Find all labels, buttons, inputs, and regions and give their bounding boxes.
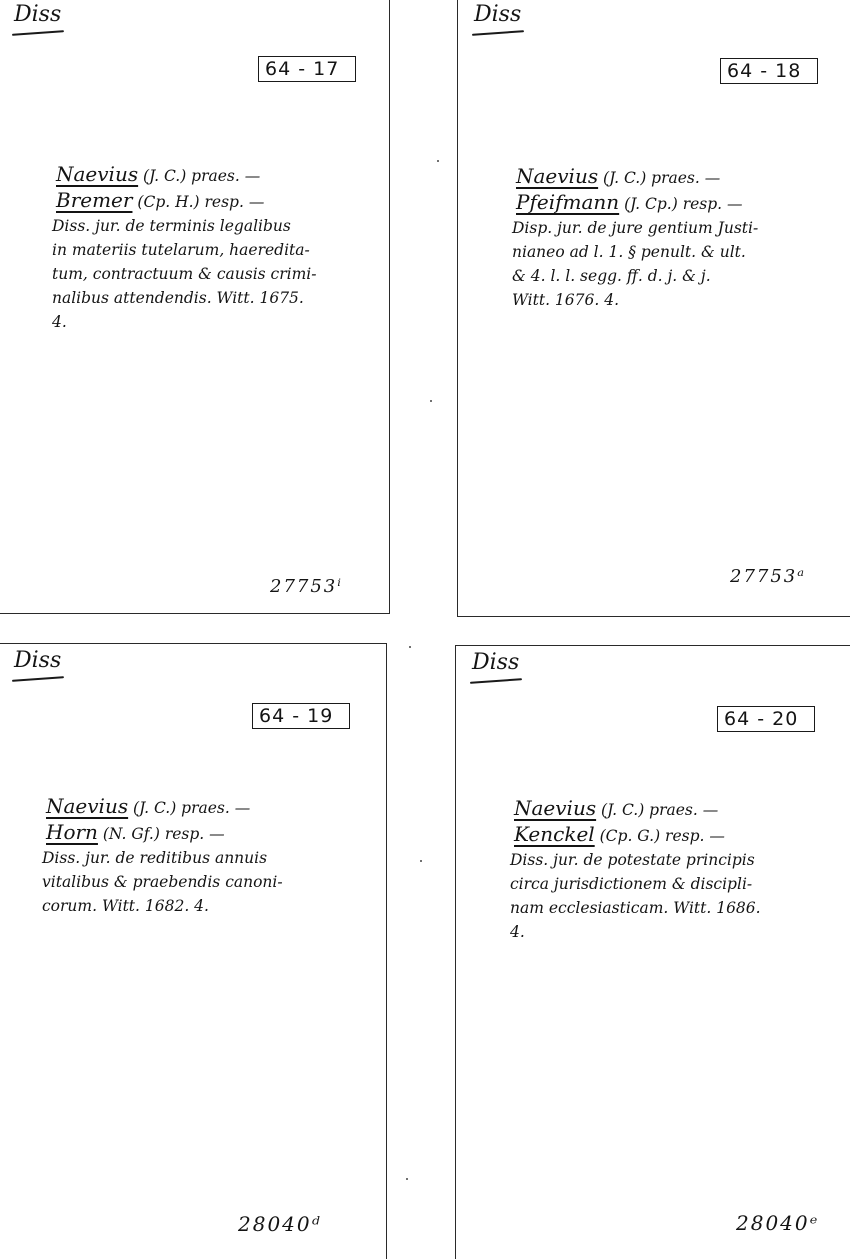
praeses-name: Naevius	[516, 164, 598, 188]
scan-speck	[437, 160, 439, 162]
scan-speck	[420, 860, 422, 862]
tag-underline	[470, 678, 522, 684]
scan-speck	[430, 400, 432, 402]
shelfmark-box: 64 - 20	[717, 706, 815, 732]
praeses-initials: (J. C.) praes. —	[601, 801, 718, 819]
catalog-card-64-17: Diss 64 - 17 Naevius (J. C.) praes. — Br…	[0, 0, 390, 614]
tag-underline	[12, 676, 64, 682]
respondent-line: Kenckel (Cp. G.) resp. —	[514, 822, 834, 848]
title-line: & 4. l. l. segg. ff. d. j. & j.	[512, 264, 836, 288]
title-line: in materiis tutelarum, haeredita-	[52, 238, 376, 262]
category-tag: Diss	[472, 652, 519, 674]
title-line: corum. Witt. 1682. 4.	[42, 894, 366, 918]
praeses-name: Naevius	[46, 794, 128, 818]
title-line: Witt. 1676. 4.	[512, 288, 836, 312]
catalog-entry: Naevius (J. C.) praes. — Bremer (Cp. H.)…	[56, 162, 376, 334]
accession-number: 28040ᵉ	[736, 1211, 819, 1235]
tag-underline	[12, 30, 64, 36]
respondent-initials: (N. Gf.) resp. —	[103, 825, 225, 843]
respondent-name: Kenckel	[514, 822, 595, 846]
respondent-initials: (J. Cp.) resp. —	[624, 195, 742, 213]
title-line: tum, contractuum & causis crimi-	[52, 262, 376, 286]
catalog-entry: Naevius (J. C.) praes. — Horn (N. Gf.) r…	[46, 794, 366, 918]
category-tag: Diss	[14, 650, 61, 672]
title-line: circa jurisdictionem & discipli-	[510, 872, 834, 896]
title-line: Diss. jur. de reditibus annuis	[42, 846, 366, 870]
shelfmark-box: 64 - 18	[720, 58, 818, 84]
respondent-name: Pfeifmann	[516, 190, 619, 214]
praeses-line: Naevius (J. C.) praes. —	[56, 162, 376, 188]
praeses-line: Naevius (J. C.) praes. —	[516, 164, 836, 190]
shelfmark-box: 64 - 19	[252, 703, 350, 729]
respondent-line: Bremer (Cp. H.) resp. —	[56, 188, 376, 214]
title-line: 4.	[510, 920, 834, 944]
praeses-initials: (J. C.) praes. —	[133, 799, 250, 817]
respondent-name: Bremer	[56, 188, 132, 212]
respondent-initials: (Cp. H.) resp. —	[137, 193, 264, 211]
title-line: 4.	[52, 310, 376, 334]
title-line: nam ecclesiasticam. Witt. 1686.	[510, 896, 834, 920]
accession-number: 27753ⁱ	[270, 576, 343, 597]
title-line: nalibus attendendis. Witt. 1675.	[52, 286, 376, 310]
catalog-entry: Naevius (J. C.) praes. — Kenckel (Cp. G.…	[514, 796, 834, 944]
catalog-card-64-18: Diss 64 - 18 Naevius (J. C.) praes. — Pf…	[457, 0, 850, 617]
accession-number: 27753ᵃ	[730, 566, 806, 587]
accession-number: 28040ᵈ	[238, 1212, 322, 1236]
catalog-entry: Naevius (J. C.) praes. — Pfeifmann (J. C…	[516, 164, 836, 312]
praeses-line: Naevius (J. C.) praes. —	[514, 796, 834, 822]
category-tag: Diss	[14, 4, 61, 26]
title-line: nianeo ad l. 1. § penult. & ult.	[512, 240, 836, 264]
praeses-name: Naevius	[514, 796, 596, 820]
category-tag: Diss	[474, 4, 521, 26]
catalog-card-64-20: Diss 64 - 20 Naevius (J. C.) praes. — Ke…	[455, 645, 850, 1259]
respondent-line: Horn (N. Gf.) resp. —	[46, 820, 366, 846]
shelfmark-box: 64 - 17	[258, 56, 356, 82]
scan-speck	[406, 1178, 408, 1180]
praeses-initials: (J. C.) praes. —	[143, 167, 260, 185]
tag-underline	[472, 30, 524, 36]
title-line: Disp. jur. de jure gentium Justi-	[512, 216, 836, 240]
title-line: Diss. jur. de terminis legalibus	[52, 214, 376, 238]
title-line: Diss. jur. de potestate principis	[510, 848, 834, 872]
respondent-line: Pfeifmann (J. Cp.) resp. —	[516, 190, 836, 216]
praeses-initials: (J. C.) praes. —	[603, 169, 720, 187]
catalog-card-64-19: Diss 64 - 19 Naevius (J. C.) praes. — Ho…	[0, 643, 387, 1259]
respondent-name: Horn	[46, 820, 98, 844]
title-line: vitalibus & praebendis canoni-	[42, 870, 366, 894]
praeses-line: Naevius (J. C.) praes. —	[46, 794, 366, 820]
praeses-name: Naevius	[56, 162, 138, 186]
respondent-initials: (Cp. G.) resp. —	[600, 827, 725, 845]
scan-speck	[409, 646, 411, 648]
